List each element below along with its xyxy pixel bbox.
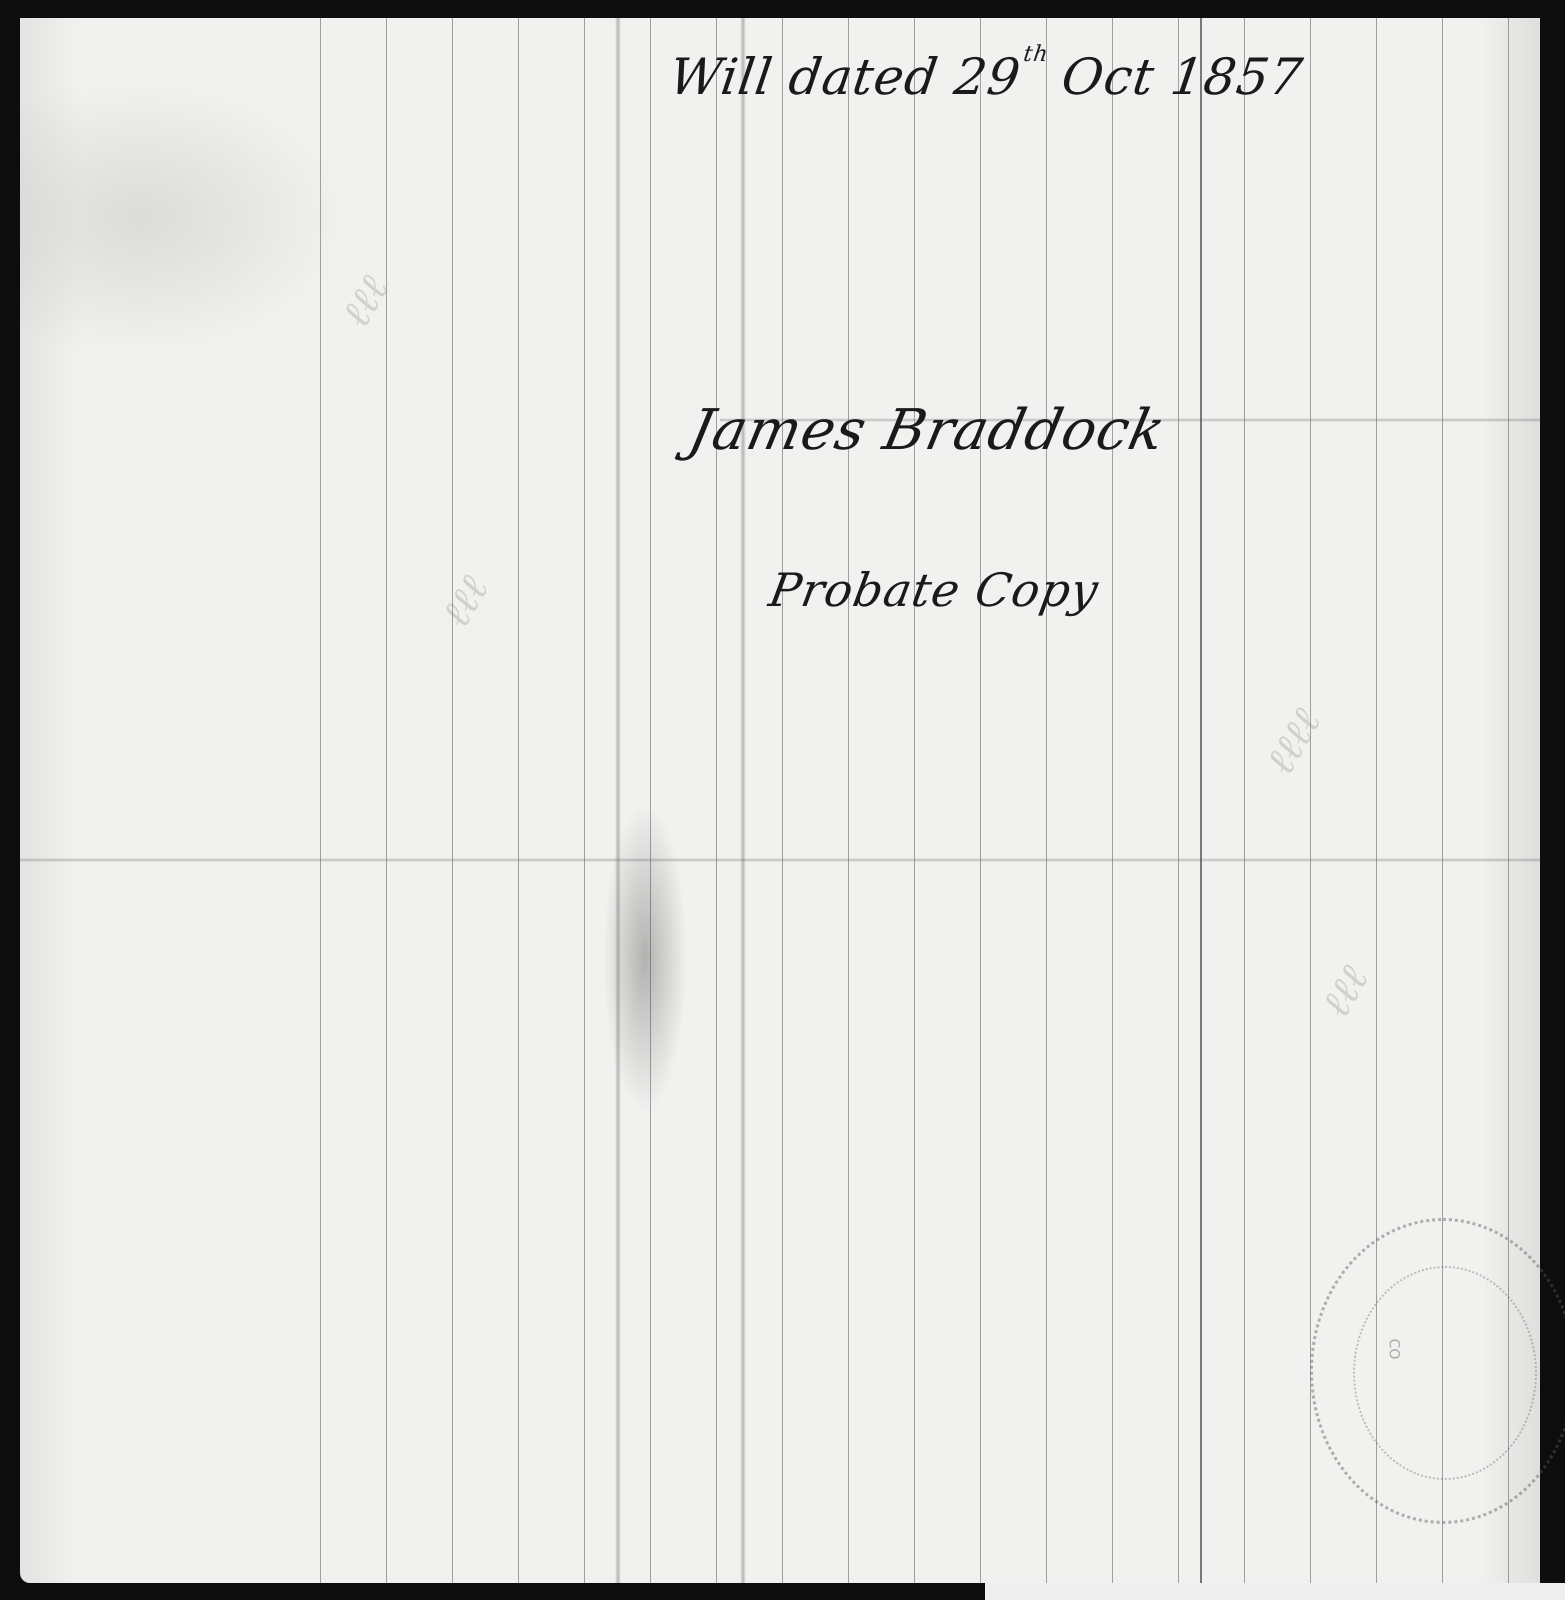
seal-text: CO <box>1385 1339 1401 1360</box>
ruled-line <box>386 18 387 1583</box>
vertical-fold <box>615 18 621 1583</box>
bleed-through-text: ℓℓℓ <box>432 568 498 635</box>
vertical-fold <box>740 18 746 1583</box>
testator-name: James Braddock <box>683 398 1171 463</box>
ruled-line <box>1046 18 1047 1583</box>
will-date-endorsement: Will dated 29th Oct 1857 <box>666 48 1307 106</box>
bleed-through-text: ℓℓℓ <box>332 268 398 335</box>
underlying-sheet-edge <box>985 1583 1565 1600</box>
panel-fold-edge <box>1200 18 1202 1583</box>
ruled-line <box>1244 18 1245 1583</box>
ruled-line <box>452 18 453 1583</box>
ruled-line <box>716 18 717 1583</box>
probate-copy-note: Probate Copy <box>765 563 1103 617</box>
registry-seal: CO <box>1310 1218 1565 1524</box>
ruled-line <box>1178 18 1179 1583</box>
ruled-line <box>782 18 783 1583</box>
seal-inner-ring <box>1353 1266 1537 1480</box>
ruled-line <box>320 18 321 1583</box>
document-page: ℓℓℓ ℓℓℓ ℓℓℓℓ ℓℓℓ Will dated 29th Oct 185… <box>20 18 1540 1583</box>
bleed-through-text: ℓℓℓℓ <box>1256 701 1330 782</box>
ruled-line <box>650 18 651 1583</box>
ruled-line <box>1112 18 1113 1583</box>
ruled-line <box>848 18 849 1583</box>
horizontal-fold <box>20 858 1540 862</box>
ruled-line <box>584 18 585 1583</box>
bleed-through-text: ℓℓℓ <box>1312 958 1378 1025</box>
ruled-line <box>980 18 981 1583</box>
ruled-line <box>518 18 519 1583</box>
ruled-line <box>914 18 915 1583</box>
